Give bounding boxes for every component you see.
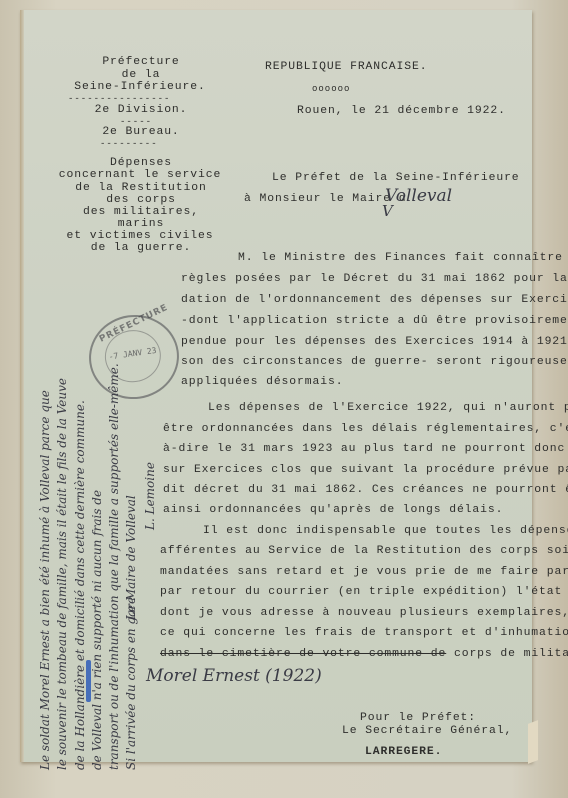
republic-heading: REPUBLIQUE FRANCAISE. [265,61,427,73]
body-line: dit décret du 31 mai 1862. Ces créances … [163,484,568,496]
body-line: ce qui concerne les frais de transport e… [160,627,568,639]
signature-line2: Le Secrétaire Général, [342,725,512,737]
body-line: dation de l'ordonnancement des dépenses … [181,294,568,306]
prefecture-line3: Seine-Inférieure. [60,81,220,93]
subject-line: de la guerre. [56,242,226,254]
body-line: dont je vous adresse à nouveau plusieurs… [160,607,568,619]
ornament: oooooo [312,84,350,94]
recipient-commune-handwritten: Volleval [385,186,452,206]
blue-pencil-mark [86,660,91,702]
body-line: pendue pour les dépenses des Exercices 1… [181,336,568,348]
struck-line-suffix: corps de militaire [454,648,568,660]
body-line: à-dire le 31 mars 1923 au plus tard ne p… [163,443,568,455]
body-line: être ordonnancées dans les délais réglem… [163,423,568,435]
struck-line: dans le cimetière de votre commune de co… [160,648,568,660]
signature-line1: Pour le Préfet: [360,712,476,724]
prefecture-line1: Préfecture [66,56,216,68]
body-line: règles posées par le Décret du 31 mai 18… [181,273,568,285]
divider: ---------------- [68,94,170,104]
body-line: M. le Ministre des Finances fait connaît… [238,252,568,264]
subject-line: des militaires, [56,206,226,218]
division: 2e Division. [66,104,216,116]
margin-note-line: transport ou de l'inhumation que la fami… [107,363,121,770]
body-line: Les dépenses de l'Exercice 1922, qui n'a… [208,402,568,414]
body-line: Il est donc indispensable que toutes les… [203,525,568,537]
subject-line: et victimes civiles [50,230,230,242]
body-line: -dont l'application stricte a dû être pr… [181,315,568,327]
body-line: ainsi ordonnancées qu'après de longs dél… [163,504,503,516]
place-date: Rouen, le 21 décembre 1922. [297,105,506,117]
divider: --------- [100,139,158,149]
margin-note-line: le souvenir le tombeau de famille, mais … [55,378,69,770]
subject-line: de la Restitution [56,182,226,194]
page-fold [528,720,538,764]
subject-line: Dépenses [56,157,226,169]
struck-text: dans le cimetière de votre commune de [160,648,446,660]
bureau: 2e Bureau. [66,126,216,138]
margin-note-line: de Volleval n'a rien supporté ni aucun f… [90,490,104,770]
body-line: appliquées désormais. [181,376,343,388]
body-line: afférentes au Service de la Restitution … [160,545,568,557]
body-line: sur Exercices clos que suivant la procéd… [163,464,568,476]
subject-line: concernant le service [50,169,230,181]
margin-note-signature: L. Lemoine [143,462,157,530]
check-mark: V [382,202,393,220]
body-line: par retour du courrier (en triple expédi… [160,586,568,598]
prefecture-line2: de la [66,69,216,81]
subject-line: marins [56,218,226,230]
subject-line: des corps [56,194,226,206]
signatory-name: LARREGERE. [365,746,442,758]
handwritten-soldier-name: Morel Ernest (1922) [146,666,322,686]
margin-note-line: Si l'arrivée du corps en gare [124,597,138,770]
body-line: mandatées sans retard et je vous prie de… [160,566,568,578]
body-line: son des circonstances de guerre- seront … [181,356,568,368]
margin-note-line: Le soldat Morel Ernest a bien été inhumé… [38,390,52,770]
sender: Le Préfet de la Seine-Inférieure [272,172,520,184]
margin-note-line: de la Hollandière et domicilié dans cett… [73,400,87,770]
